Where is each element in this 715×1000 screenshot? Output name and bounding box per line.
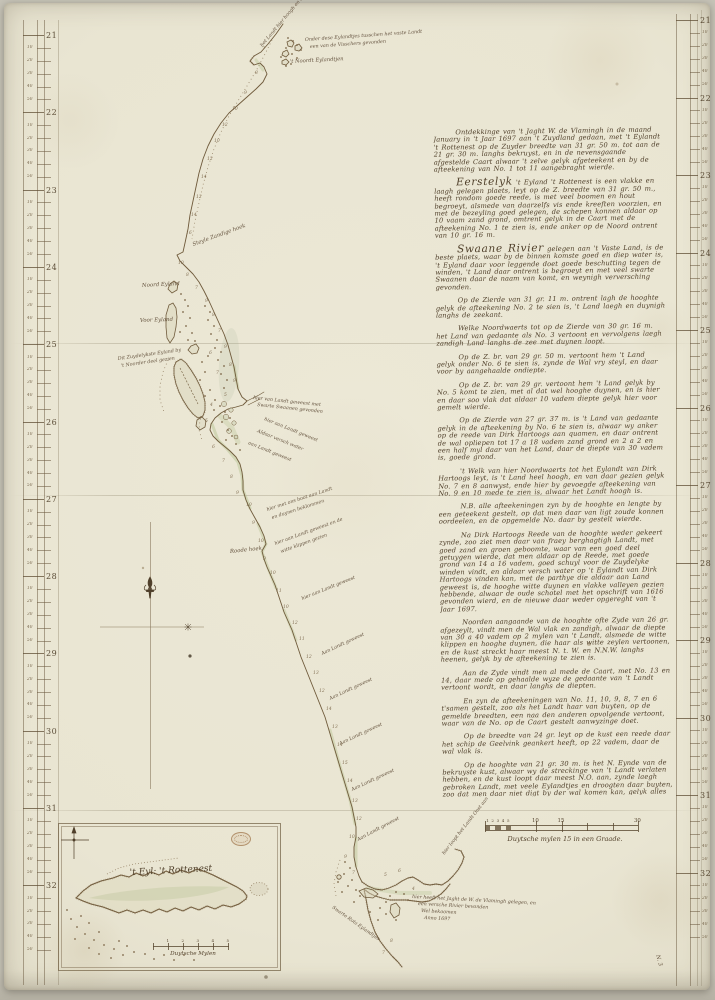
minute-tick [690,369,700,370]
degree-tick [676,640,698,641]
minute-tick [690,33,700,34]
journal-paragraph: Welke Noordwaerts tot op de Zierde van 3… [436,323,666,348]
minute-label: 40 [702,534,707,539]
journal-paragraph: Aan de Zyde vindt men al mede de Caart, … [441,667,671,692]
minute-tick [37,602,51,603]
minute-tick [690,110,700,111]
journal-paragraph: N.B. alle afteekeningen zyn by de hooght… [439,501,669,526]
minute-tick [37,615,51,616]
scale-bar-number: 5 [507,818,510,823]
minute-tick [690,575,700,576]
minute-label: 30 [702,211,707,216]
minute-tick [37,447,51,448]
sounding-number: 7 [382,952,385,957]
minute-tick [690,808,700,809]
degree-label: 31 [700,791,711,800]
minute-label: 20 [702,508,707,513]
minute-label: 40 [27,780,32,785]
minute-label: 30 [702,599,707,604]
minute-tick [37,756,51,757]
minute-tick [690,769,700,770]
sounding-number: 12 [207,158,213,163]
sounding-number: 9 [344,856,347,861]
minute-label: 40 [27,471,32,476]
scale-bar-number: 2 [491,818,494,823]
minute-tick [37,525,51,526]
minute-label: 30 [27,844,32,849]
scale-bar: 12345101530 Duytsche mylen 15 in een Gra… [485,818,647,850]
latitude-scale-right: 2110203040502210203040502310203040502410… [666,14,714,986]
minute-tick [37,215,51,216]
minute-tick [37,666,51,667]
inset-scale-bar: 12345 [153,938,231,952]
degree-label: 23 [46,186,57,195]
sounding-number: 9 [236,492,239,497]
minute-label: 40 [702,147,707,152]
sounding-number: 10 [283,606,289,611]
sounding-number: 10 [270,572,276,577]
minute-tick [690,420,700,421]
degree-label: 27 [46,495,57,504]
minute-tick [37,847,51,848]
minute-label: 10 [702,108,707,113]
minute-label: 40 [702,844,707,849]
scale-bar-number: 4 [502,818,505,823]
minute-label: 30 [702,56,707,61]
sounding-number: 5 [205,420,208,425]
minute-label: 20 [702,741,707,746]
journal-text-block: Ontdekkinge van 't Jaght W. de Vlamingh … [433,126,672,797]
minute-tick [37,48,51,49]
sounding-number: 14 [337,744,343,749]
minute-tick [37,537,51,538]
minute-label: 10 [27,123,32,128]
minute-tick [37,512,51,513]
minute-label: 40 [702,224,707,229]
minute-tick [37,99,51,100]
minute-label: 10 [27,664,32,669]
sounding-number: 5 [224,394,227,399]
minute-label: 20 [27,754,32,759]
journal-paragraph-lead: Swaane Rivier [457,242,544,255]
large-island [174,359,205,418]
minute-tick [37,460,51,461]
scale-line [23,20,24,985]
sounding-number: 8 [229,364,232,369]
minute-label: 40 [702,302,707,307]
minute-tick [690,149,700,150]
minute-tick [690,317,700,318]
scale-line [676,14,677,986]
minute-label: 10 [702,495,707,500]
sounding-number: 7 [222,460,225,465]
sounding-number: 14 [201,176,207,181]
minute-tick [690,136,700,137]
minute-label: 50 [702,857,707,862]
minute-label: 30 [702,909,707,914]
minute-tick [37,628,51,629]
minute-tick [690,782,700,783]
inset-scale-line [153,946,229,947]
minute-label: 50 [702,547,707,552]
minute-tick [37,641,51,642]
sounding-number: 14 [191,214,197,219]
map-label: Voor Eyland [140,317,173,324]
sounding-number: 11 [276,590,282,595]
degree-tick [676,98,698,99]
minute-label: 20 [702,586,707,591]
minute-label: 30 [702,289,707,294]
minute-label: 20 [702,663,707,668]
minute-tick [690,291,700,292]
minute-label: 30 [27,148,32,153]
minute-tick [690,730,700,731]
minute-label: 50 [702,315,707,320]
minute-label: 20 [702,353,707,358]
minute-tick [690,498,700,499]
minute-label: 50 [27,638,32,643]
minute-label: 20 [27,213,32,218]
reef-dots [179,37,409,921]
degree-tick [23,267,44,268]
minute-tick [690,46,700,47]
journal-paragraph: En zyn de afteekeningen van No. 11, 10, … [441,695,671,728]
scale-bar-number: 3 [497,818,500,823]
degree-label: 24 [46,263,57,272]
minute-tick [37,821,51,822]
minute-tick [37,138,51,139]
sounding-number: 7 [195,287,198,292]
minute-label: 10 [27,355,32,360]
minute-tick [690,472,700,473]
minute-label: 50 [27,97,32,102]
minute-label: 20 [27,831,32,836]
sounding-number: 7 [216,372,219,377]
inset-scale-tick [198,943,199,950]
minute-tick [690,885,700,886]
minute-tick [690,924,700,925]
minute-tick [690,446,700,447]
minute-label: 20 [702,431,707,436]
minute-label: 30 [27,612,32,617]
inset-east-shoal [250,883,268,896]
sounding-number: 10 [258,540,264,545]
minute-label: 20 [27,599,32,604]
minute-tick [37,318,51,319]
minute-label: 20 [27,367,32,372]
sounding-number: 12 [356,818,362,823]
minute-label: 50 [702,702,707,707]
minute-tick [690,265,700,266]
minute-label: 30 [27,71,32,76]
minute-tick [37,61,51,62]
minute-tick [37,834,51,835]
minute-label: 40 [702,767,707,772]
degree-label: 24 [700,249,711,258]
map-sheet: 2110203040502210203040502310203040502410… [0,0,715,1000]
minute-tick [37,370,51,371]
journal-paragraph: Op de Z. br. van 29 gr. 50 m. vertoont h… [436,351,666,376]
minute-label: 30 [702,444,707,449]
journal-paragraph-lead: Eerstelyk [456,176,513,189]
scale-line [690,14,691,986]
minute-tick [690,692,700,693]
degree-tick [676,873,698,874]
sounding-number: 7 [218,330,221,335]
degree-label: 26 [700,404,711,413]
degree-tick [676,408,698,409]
minute-label: 40 [702,689,707,694]
sounding-number: 8 [390,940,393,945]
minute-tick [37,860,51,861]
sounding-number: 6 [209,352,212,357]
minute-label: 40 [27,548,32,553]
minute-label: 10 [27,741,32,746]
minute-tick [690,278,700,279]
scale-bar-number: 15 [558,818,565,824]
minute-tick [37,486,51,487]
minute-label: 40 [27,84,32,89]
minute-label: 50 [702,780,707,785]
minute-label: 40 [27,393,32,398]
scale-bar-number: 10 [532,818,539,824]
inset-scale-tick [153,943,154,950]
sounding-number: 9 [263,558,266,563]
degree-label: 27 [700,481,711,490]
sounding-number: 10 [178,262,184,267]
minute-tick [37,872,51,873]
minute-tick [690,614,700,615]
degree-label: 26 [46,418,57,427]
minute-tick [690,537,700,538]
minute-tick [690,550,700,551]
minute-label: 30 [702,366,707,371]
minute-label: 20 [27,677,32,682]
degree-tick [676,20,698,21]
minute-label: 40 [702,69,707,74]
sounding-number: 8 [212,314,215,319]
minute-tick [690,847,700,848]
minute-tick [690,240,700,241]
minute-tick [37,357,51,358]
minute-label: 10 [27,277,32,282]
minute-label: 50 [702,470,707,475]
collection-stamp [231,832,251,846]
minute-label: 40 [27,239,32,244]
minute-tick [690,860,700,861]
minute-label: 10 [702,263,707,268]
sounding-number: 7 [262,48,265,53]
sounding-number: 10 [246,504,252,509]
minute-tick [690,162,700,163]
degree-tick [23,653,44,654]
minute-tick [690,834,700,835]
minute-tick [690,937,700,938]
minute-label: 30 [702,676,707,681]
scale-bar-cell [506,826,511,830]
minute-label: 40 [702,457,707,462]
sounding-number: 5 [384,874,387,879]
degree-label: 25 [46,340,57,349]
minute-tick [690,304,700,305]
minute-tick [37,589,51,590]
sounding-number: 12 [292,622,298,627]
degree-label: 25 [700,326,711,335]
minute-tick [690,524,700,525]
inset-scale-number: 5 [227,938,230,943]
minute-label: 50 [27,174,32,179]
degree-label: 30 [46,727,57,736]
minute-label: 50 [702,625,707,630]
minute-tick [37,550,51,551]
minute-label: 10 [27,896,32,901]
scale-bar-tick [613,823,614,831]
minute-tick [37,744,51,745]
green-coast-shading [212,60,430,893]
journal-paragraph: Noorden aangaande van de hooghte ofte Zy… [440,617,671,665]
minute-tick [37,383,51,384]
minute-label: 10 [702,573,707,578]
minute-tick [690,588,700,589]
inset-scale-label: Duytsche Mylen [145,951,241,957]
minute-tick [37,898,51,899]
journal-paragraph: Op de Zierde van 27 gr. 37 m. is 't Land… [437,415,668,463]
minute-tick [690,85,700,86]
minute-label: 40 [702,379,707,384]
minute-label: 10 [702,185,707,190]
minute-tick [37,434,51,435]
minute-label: 30 [27,226,32,231]
minute-tick [690,511,700,512]
degree-label: 21 [700,16,711,25]
degree-label: 30 [700,714,711,723]
degree-label: 29 [700,636,711,645]
inset-scale-number: 1 [167,938,170,943]
degree-label: 22 [700,94,711,103]
sounding-number: 16 [186,232,192,237]
minute-tick [37,396,51,397]
journal-paragraph: Ontdekkinge van 't Jaght W. de Vlamingh … [433,126,664,174]
minute-tick [690,756,700,757]
inset-scale-tick [213,943,214,950]
sounding-number: 8 [230,476,233,481]
degree-label: 23 [700,171,711,180]
degree-tick [676,253,698,254]
sounding-number: 14 [347,780,353,785]
sounding-number: 9 [224,346,227,351]
minute-tick [37,924,51,925]
sounding-number: 11 [299,638,305,643]
minute-label: 40 [27,316,32,321]
sounding-number: 9 [244,92,247,97]
inset-scale-number: 4 [212,938,215,943]
minute-tick [37,254,51,255]
minute-label: 50 [27,406,32,411]
degree-tick [23,731,44,732]
minute-label: 40 [702,922,707,927]
minute-label: 20 [27,445,32,450]
minute-label: 20 [702,276,707,281]
minute-tick [690,72,700,73]
degree-tick [23,35,44,36]
minute-tick [690,666,700,667]
minute-tick [690,123,700,124]
minute-label: 50 [702,935,707,940]
minute-label: 20 [702,896,707,901]
minute-tick [690,59,700,60]
sounding-number: 12 [306,656,312,661]
minute-label: 10 [27,200,32,205]
minute-label: 50 [27,329,32,334]
minute-tick [37,937,51,938]
inset-scale-tick [228,943,229,950]
scale-bar-tick [587,823,588,831]
minute-tick [37,795,51,796]
sounding-number: 4 [412,888,415,893]
minute-tick [37,782,51,783]
minute-label: 10 [27,45,32,50]
degree-label: 32 [46,881,57,890]
minute-label: 20 [27,909,32,914]
minute-label: 40 [702,612,707,617]
minute-tick [690,653,700,654]
sounding-number: 10 [214,140,220,145]
minute-label: 40 [27,625,32,630]
journal-paragraph: Na Dirk Hartoogs Reede van de hooghte we… [439,529,670,614]
minute-label: 10 [702,30,707,35]
journal-paragraph: Op de breedte van 24 gr. leyt op de kust… [442,731,672,756]
minute-label: 20 [702,818,707,823]
minute-label: 50 [27,793,32,798]
journal-paragraph: Op de Zierde van 31 gr. 11 m. ontrent la… [436,295,666,320]
degree-tick [23,344,44,345]
minute-tick [690,395,700,396]
minute-tick [690,601,700,602]
minute-tick [37,950,51,951]
minute-label: 10 [27,432,32,437]
sounding-number: 9 [252,522,255,527]
sounding-number: 14 [326,708,332,713]
minute-tick [37,306,51,307]
journal-paragraph: Op de hooghte van 21 gr. 30 m. is het N.… [442,759,672,798]
minute-label: 10 [702,650,707,655]
inset-scale-number: 2 [182,938,185,943]
minute-tick [37,409,51,410]
inset-scale-number: 3 [197,938,200,943]
minute-tick [690,343,700,344]
degree-tick [23,190,44,191]
degree-tick [23,499,44,500]
minute-label: 20 [27,136,32,141]
degree-tick [676,330,698,331]
sounding-number: 9 [205,300,208,305]
minute-label: 10 [702,805,707,810]
degree-tick [676,795,698,796]
journal-paragraph: 't Welk van hier Noordwaerts tot het Eyl… [438,465,668,498]
minute-label: 20 [27,290,32,295]
minute-tick [690,459,700,460]
minute-tick [690,214,700,215]
sounding-number: 12 [222,124,228,129]
minute-tick [690,201,700,202]
inset-compass-icon [61,827,89,859]
journal-paragraph: Op de Z. br. van 29 gr. vertoont hem 't … [437,379,667,412]
minute-tick [690,356,700,357]
minute-label: 50 [27,947,32,952]
minute-tick [37,293,51,294]
minute-tick [37,692,51,693]
minute-tick [37,164,51,165]
